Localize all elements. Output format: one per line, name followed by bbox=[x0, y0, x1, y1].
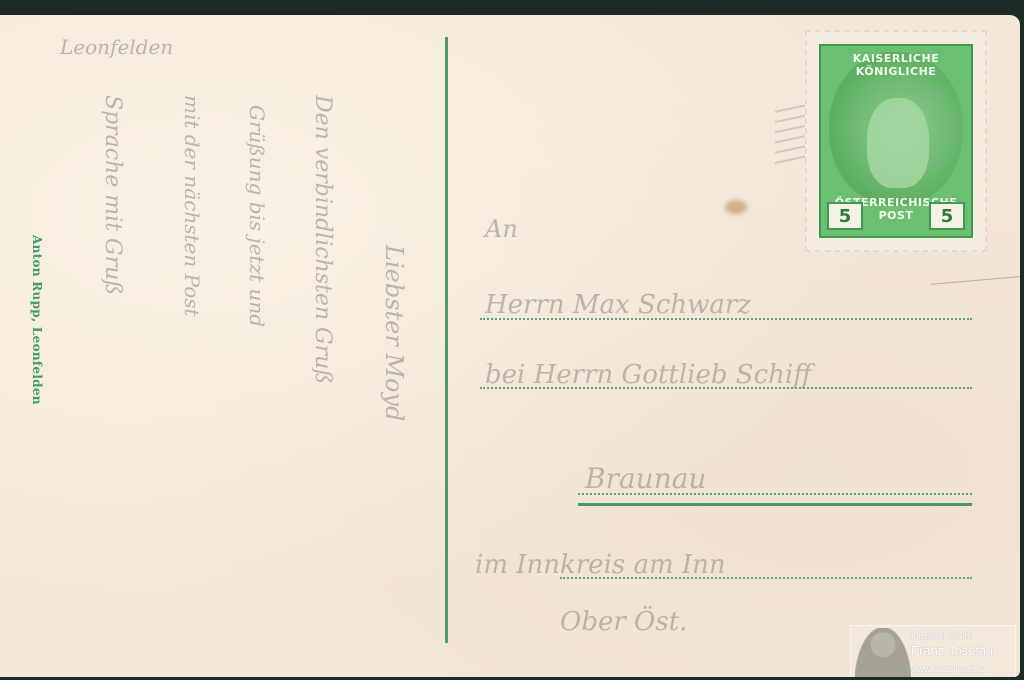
emperor-portrait-icon bbox=[867, 98, 929, 188]
address-line-1-text: Herrn Max Schwarz bbox=[485, 290, 751, 320]
address-salutation: An bbox=[485, 215, 518, 243]
printer-imprint: Anton Rupp, Leonfelden bbox=[30, 235, 44, 405]
address-line-3 bbox=[578, 493, 972, 495]
paper-stain bbox=[725, 200, 747, 214]
stamp-value-right: 5 bbox=[929, 202, 965, 230]
message-line: mit der nächsten Post bbox=[180, 95, 204, 317]
watermark-url: www.franz-josef.cz bbox=[911, 664, 986, 674]
address-city-text: Braunau bbox=[585, 462, 706, 495]
address-line-4 bbox=[560, 577, 972, 579]
message-greeting: Liebster Moyd bbox=[380, 245, 408, 421]
postage-stamp: KAISERLICHE KÖNIGLICHE ÖSTERREICHISCHE P… bbox=[805, 30, 987, 252]
address-line-4-text: im Innkreis am Inn bbox=[475, 550, 726, 580]
paper-crease bbox=[930, 276, 1020, 285]
address-line-2 bbox=[480, 387, 972, 389]
message-top-line: Leonfelden bbox=[60, 35, 173, 59]
address-line-5-text: Ober Öst. bbox=[560, 607, 687, 637]
postcard: Anton Rupp, Leonfelden Liebster Moyd Den… bbox=[0, 15, 1020, 677]
message-line: Sprache mit Gruß bbox=[100, 95, 125, 295]
address-city-underline bbox=[578, 503, 972, 506]
stamp-value-left: 5 bbox=[827, 202, 863, 230]
message-line: Den verbindlichsten Gruß bbox=[310, 95, 335, 384]
watermark-museum-label: Muzeum císaře bbox=[911, 631, 973, 641]
museum-watermark: Muzeum císaře Franz Josefa I. www.franz-… bbox=[850, 625, 1016, 677]
stamp-top-text: KAISERLICHE KÖNIGLICHE bbox=[821, 52, 971, 78]
watermark-title: Franz Josefa I. bbox=[911, 643, 997, 658]
address-line-1 bbox=[480, 318, 972, 320]
franz-joseph-portrait-icon bbox=[855, 628, 911, 677]
center-divider-line bbox=[445, 37, 448, 643]
address-line-2-text: bei Herrn Gottlieb Schiff bbox=[485, 360, 812, 390]
message-line: Grüßung bis jetzt und bbox=[245, 105, 269, 327]
